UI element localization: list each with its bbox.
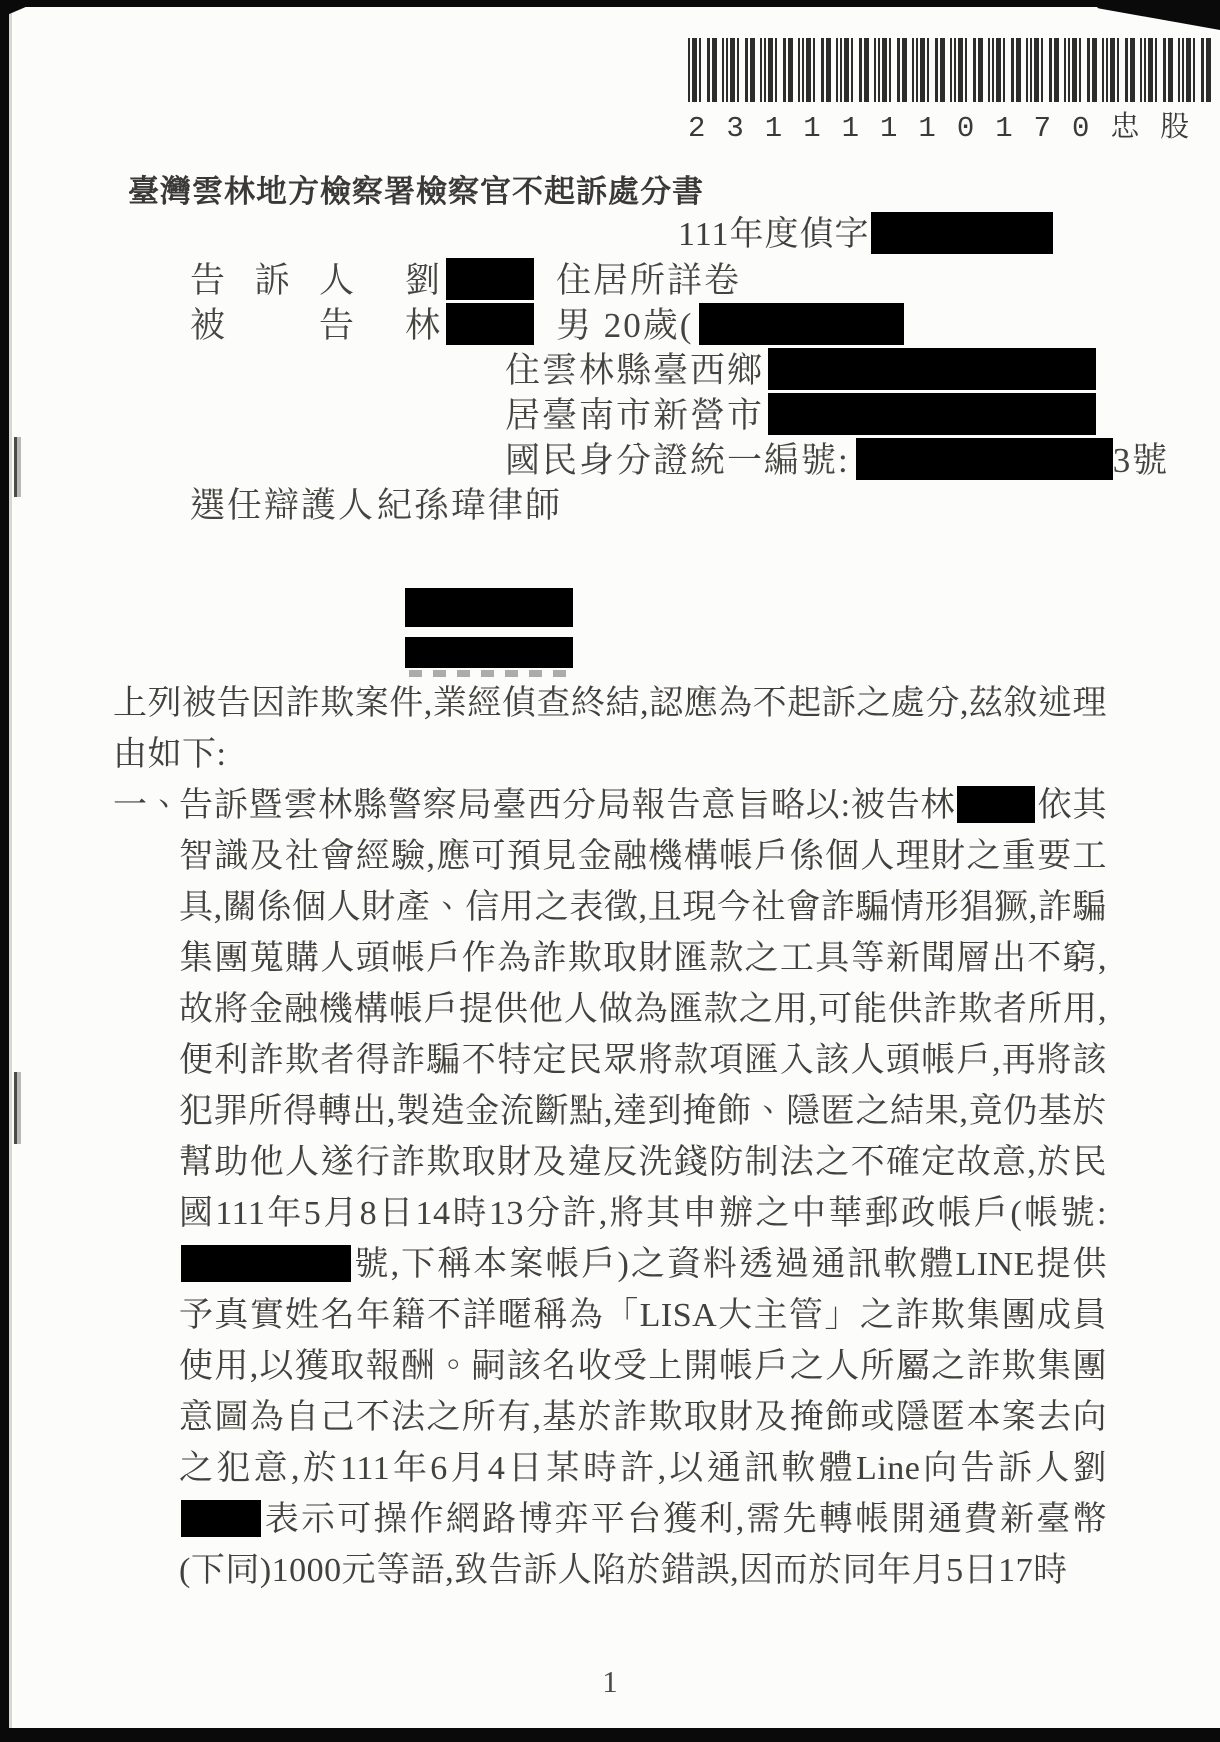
staple-mark-bottom [14, 1072, 21, 1144]
case-number-line: 111年度偵字 [678, 206, 1053, 255]
scan-edge-top [0, 0, 1220, 7]
defender-name: 紀孫瑋律師 [377, 486, 562, 525]
body-text-segment: 依其智識及社會經驗,應可預見金融機構帳戶係個人理財之重要工具,關係個人財產、信用… [179, 787, 1107, 1232]
scan-edge-bottom [0, 1728, 1220, 1742]
defendant-row: 被告林男 20歲( [0, 303, 1180, 348]
body-text-segment: 表示可操作網路博弈平台獲利,需先轉帳開通費新臺幣(下同)1000元等語,致告訴人… [179, 1501, 1107, 1589]
redaction-defender-info-2 [405, 637, 573, 668]
body-text-segment: 號,下稱本案帳戶)之資料透過通訊軟體LINE提供予真實姓名年籍不詳暱稱為「LIS… [179, 1246, 1107, 1487]
defender-label: 選任辯護人 [190, 483, 356, 528]
party-block: 告訴人劉住居所詳卷 被告林男 20歲( 住雲林縣臺西鄉 居臺南市新營市 國民身分… [0, 258, 1180, 528]
defendant-info: 男 20歲( [556, 306, 904, 345]
redaction-box-inline [181, 1245, 351, 1282]
barcode-label: 23111110170忠股 [688, 104, 1216, 145]
complainant-row: 告訴人劉住居所詳卷 [0, 258, 1180, 303]
defendant-sex-age: 男 20歲( [556, 306, 693, 345]
complainant-surname: 劉 [405, 261, 442, 300]
national-id-label: 國民身分證統一編號: [505, 441, 850, 480]
paragraph-one-marker: 一、 [113, 780, 179, 1596]
redaction-complainant-name [446, 258, 534, 300]
barcode-block: 23111110170忠股 [688, 38, 1216, 145]
case-number-prefix: 111年度偵字 [678, 216, 869, 253]
paragraph-one: 一、 告訴暨雲林縣警察局臺西分局報告意旨略以:被告林依其智識及社會經驗,應可預見… [113, 780, 1107, 1596]
redaction-defendant-name [446, 303, 534, 345]
residing-address-row: 居臺南市新營市 [0, 393, 1180, 438]
defendant-surname: 林 [405, 306, 442, 345]
defender-row: 選任辯護人紀孫瑋律師 [0, 483, 1180, 528]
national-id-row: 國民身分證統一編號:3號 [0, 438, 1180, 483]
scan-edge-top-right [1088, 0, 1220, 30]
complainant-label: 告訴人 [190, 258, 356, 303]
registered-address-row: 住雲林縣臺西鄉 [0, 348, 1180, 393]
intro-paragraph: 上列被告因詐欺案件,業經偵查終結,認應為不起訴之處分,茲敘述理由如下: [113, 678, 1107, 780]
national-id-suffix: 3號 [1113, 441, 1170, 480]
defendant-label: 被告 [190, 303, 356, 348]
document-title: 臺灣雲林地方檢察署檢察官不起訴處分書 [128, 166, 704, 211]
body-text-segment: 告訴暨雲林縣警察局臺西分局報告意旨略以:被告林 [179, 787, 955, 824]
redaction-defendant-birth [699, 303, 904, 345]
complainant-note: 住居所詳卷 [556, 261, 741, 300]
redaction-registered-address [768, 348, 1096, 390]
paragraph-one-content: 告訴暨雲林縣警察局臺西分局報告意旨略以:被告林依其智識及社會經驗,應可預見金融機… [179, 780, 1107, 1596]
redaction-text-remnant [409, 670, 569, 677]
redaction-case-number [871, 212, 1053, 254]
scanned-document-page: 23111110170忠股 臺灣雲林地方檢察署檢察官不起訴處分書 111年度偵字… [0, 0, 1220, 1742]
page-number: 1 [0, 1664, 1220, 1700]
document-body: 上列被告因詐欺案件,業經偵查終結,認應為不起訴之處分,茲敘述理由如下: 一、 告… [113, 678, 1107, 1596]
redaction-residing-address [768, 393, 1096, 435]
redaction-box-inline [957, 786, 1035, 823]
barcode-icon [688, 38, 1216, 102]
redaction-defender-info-1 [405, 588, 573, 627]
redaction-national-id [856, 438, 1113, 480]
registered-address-text: 住雲林縣臺西鄉 [505, 351, 764, 390]
redaction-box-inline [181, 1500, 261, 1537]
residing-address-text: 居臺南市新營市 [505, 396, 764, 435]
